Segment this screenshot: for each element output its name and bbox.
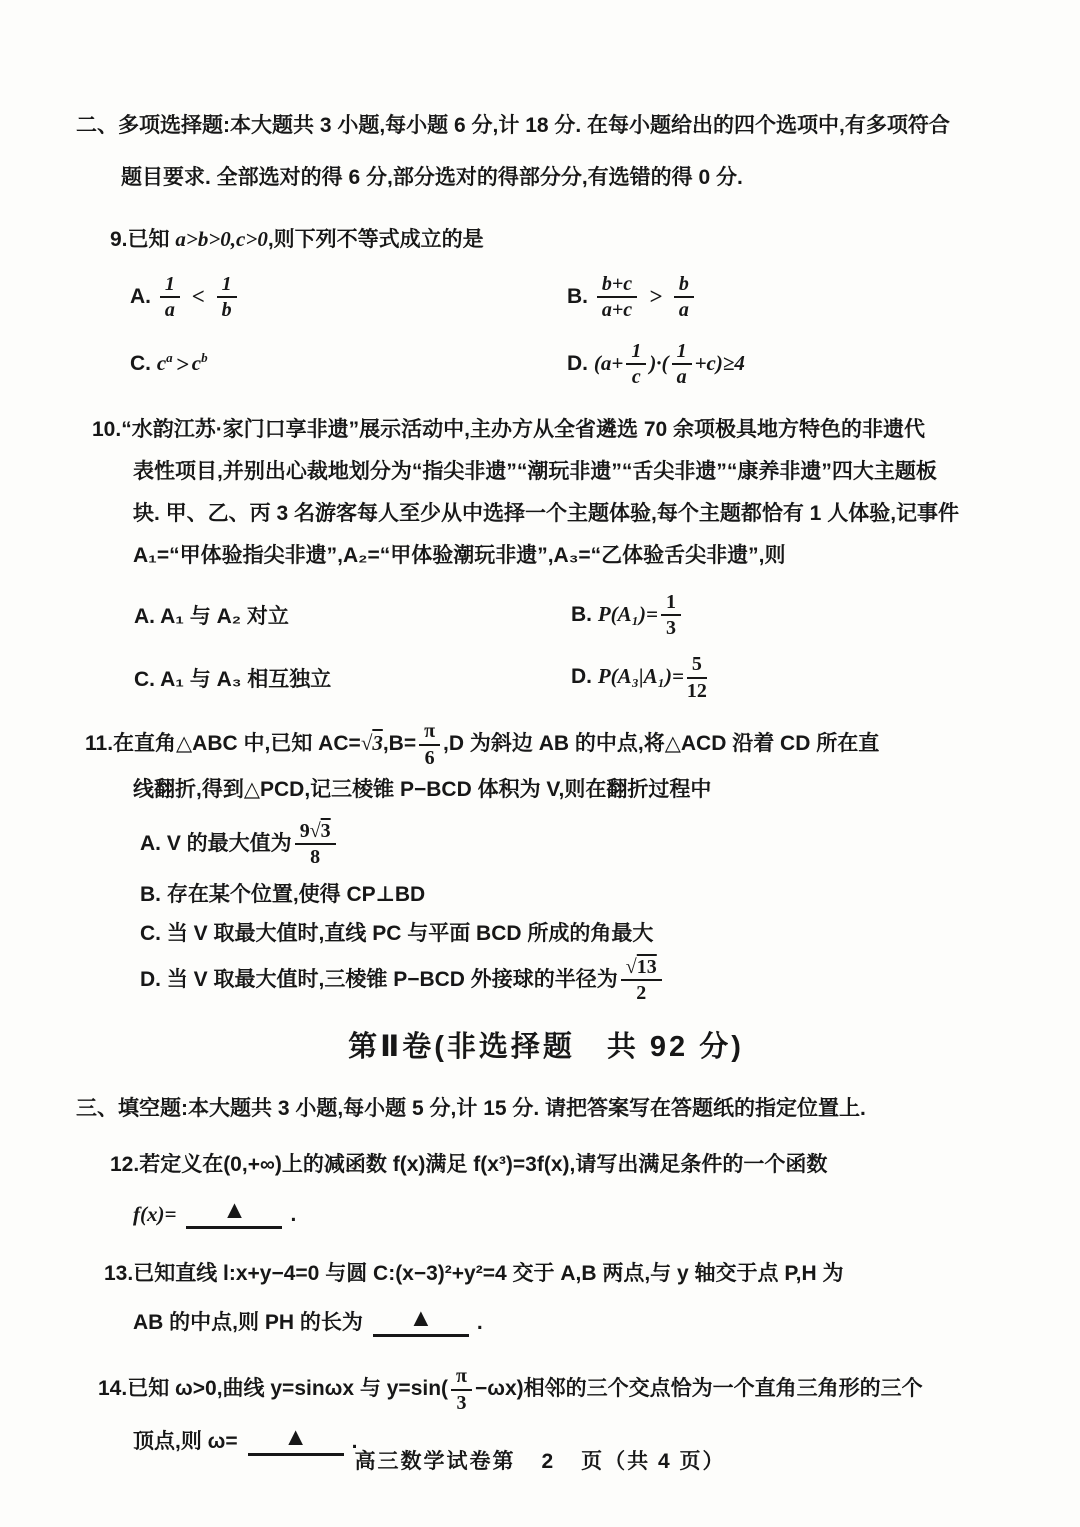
fraction-numerator: b+c <box>597 273 637 298</box>
q13-answer-post: . <box>477 1311 483 1334</box>
page-content: 二、多项选择题:本大题共 3 小题,每小题 6 分,计 18 分. 在每小题给出… <box>0 0 1080 1466</box>
q12-answer-post: . <box>290 1203 296 1226</box>
q10-line-4: A₁=“甲体验指尖非遗”,A₂=“甲体验潮玩非遗”,A₃=“乙体验舌尖非遗”,则 <box>133 535 1016 577</box>
option-label: B. <box>567 285 588 308</box>
q11-option-c: C. 当 V 取最大值时,直线 PC 与平面 BCD 所成的角最大 <box>140 917 1016 947</box>
q9-stem: 9.已知 a>b>0,c>0,则下列不等式成立的是 <box>110 218 1016 261</box>
part-2-title: 第Ⅱ卷(非选择题 共 92 分) <box>76 1024 1016 1070</box>
math-text: +c)≥4 <box>695 351 745 375</box>
option-label: C. <box>130 352 151 375</box>
fraction-numerator: π <box>419 720 440 745</box>
fraction-numerator: 5 <box>687 653 707 678</box>
fraction-denominator: 3 <box>666 616 676 639</box>
q11-option-a: A. V 的最大值为9√38 <box>140 820 1016 869</box>
fraction: 1c <box>626 340 646 389</box>
math-exponent: b <box>201 350 208 365</box>
q10-line-3: 块. 甲、乙、丙 3 名游客每人至少从中选择一个主题体验,每个主题都恰有 1 人… <box>133 493 1016 535</box>
answer-blank: ▲ <box>373 1309 469 1337</box>
section-multi-choice-heading: 二、多项选择题:本大题共 3 小题,每小题 6 分,计 18 分. 在每小题给出… <box>76 100 1016 204</box>
q11-option-b: B. 存在某个位置,使得 CP⊥BD <box>140 878 1016 908</box>
fraction: √132 <box>621 956 662 1005</box>
fraction: 512 <box>687 653 707 702</box>
fraction-numerator: 1 <box>160 273 180 298</box>
fraction-denominator: a <box>165 298 175 321</box>
math-text: P(A₁)= <box>598 602 658 626</box>
math-text: )·( <box>649 351 668 375</box>
option-label: C. <box>134 668 155 691</box>
radicand: 3 <box>321 820 331 842</box>
question-9: 9.已知 a>b>0,c>0,则下列不等式成立的是 A. 1a < 1b B. … <box>76 218 1016 389</box>
fraction-denominator: a+c <box>602 298 632 321</box>
q10-line-1: 10.“水韵江苏·家门口享非遗”展示活动中,主办方从全省遴选 70 余项极具地方… <box>92 409 1016 451</box>
fraction-denominator: 6 <box>425 746 435 769</box>
fraction-denominator: a <box>679 298 689 321</box>
q11-options: A. V 的最大值为9√38 B. 存在某个位置,使得 CP⊥BD C. 当 V… <box>76 820 1016 1005</box>
q12-answer-pre: f(x)= <box>133 1202 176 1226</box>
section-fill-heading: 三、填空题:本大题共 3 小题,每小题 5 分,计 15 分. 请把答案写在答题… <box>76 1088 1016 1130</box>
q10-option-c: C. A₁ 与 A₃ 相互独立 <box>134 663 571 693</box>
option-label: B. <box>571 603 592 626</box>
fraction-denominator: 12 <box>687 679 707 702</box>
fraction-denominator: a <box>677 365 687 388</box>
q13-answer-line: AB 的中点,则 PH 的长为▲. <box>133 1299 1016 1347</box>
coefficient: 9 <box>300 820 310 842</box>
radicand: 3 <box>372 731 383 755</box>
fraction: π3 <box>451 1365 472 1414</box>
fraction: ba <box>674 273 694 322</box>
heading-line-1: 二、多项选择题:本大题共 3 小题,每小题 6 分,计 18 分. 在每小题给出… <box>76 100 1016 152</box>
q13-answer-pre: AB 的中点,则 PH 的长为 <box>133 1311 363 1334</box>
math-text: P(A₃|A₁)= <box>598 664 684 688</box>
q14-text: −ωx)相邻的三个交点恰为一个直角三角形的三个 <box>475 1377 923 1400</box>
footer-title: 高三数学试卷第 <box>354 1450 515 1473</box>
radicand: 13 <box>637 956 657 978</box>
fraction-numerator: 9√3 <box>295 820 336 845</box>
page-number: 2 <box>541 1450 555 1473</box>
fraction-denominator: 3 <box>457 1391 467 1414</box>
fraction-denominator: b <box>222 298 232 321</box>
answer-blank: ▲ <box>186 1201 282 1229</box>
fraction: 13 <box>661 591 681 640</box>
radical-sign: √ <box>626 956 637 978</box>
fraction-numerator: 1 <box>661 591 681 616</box>
option-label: D. <box>571 665 592 688</box>
q11-text: ,B= <box>383 732 416 755</box>
fraction: 9√38 <box>295 820 336 869</box>
question-13: 13.已知直线 l:x+y−4=0 与圆 C:(x−3)²+y²=4 交于 A,… <box>76 1253 1016 1347</box>
option-label: A. <box>134 605 155 628</box>
q13-line-1: 13.已知直线 l:x+y−4=0 与圆 C:(x−3)²+y²=4 交于 A,… <box>104 1253 1016 1295</box>
fraction-denominator: 8 <box>310 845 320 868</box>
option-label: A. <box>130 285 151 308</box>
page-footer: 高三数学试卷第2页（共 4 页） <box>0 1445 1080 1475</box>
math-exponent: a <box>166 350 173 365</box>
q14-line-1: 14.已知 ω>0,曲线 y=sinωx 与 y=sin(π3−ωx)相邻的三个… <box>98 1365 1016 1414</box>
fraction-denominator: 2 <box>636 981 646 1004</box>
q11-line-2: 线翻折,得到△PCD,记三棱锥 P−BCD 体积为 V,则在翻折过程中 <box>133 769 1016 811</box>
question-10: 10.“水韵江苏·家门口享非遗”展示活动中,主办方从全省遴选 70 余项极具地方… <box>76 409 1016 703</box>
relation-symbol: < <box>192 284 205 309</box>
answer-triangle-icon: ▲ <box>222 1198 247 1223</box>
q11-option-d: D. 当 V 取最大值时,三棱锥 P−BCD 外接球的半径为√132 <box>140 956 1016 1005</box>
option-text: A₁ 与 A₃ 相互独立 <box>160 668 331 691</box>
option-text: 当 V 取最大值时,三棱锥 P−BCD 外接球的半径为 <box>167 968 618 991</box>
fraction-numerator: b <box>674 273 694 298</box>
q11-line-1: 11.在直角△ABC 中,已知 AC=√3,B=π6,D 为斜边 AB 的中点,… <box>85 720 1016 769</box>
q9-option-a: A. 1a < 1b <box>130 273 567 322</box>
q9-option-b: B. b+ca+c > ba <box>567 273 1016 322</box>
footer-suffix: 页（共 4 页） <box>581 1450 725 1473</box>
heading-line-2: 题目要求. 全部选对的得 6 分,部分选对的得部分分,有选错的得 0 分. <box>121 152 1016 204</box>
q10-options: A. A₁ 与 A₂ 对立 B. P(A₁)=13 C. A₁ 与 A₃ 相互独… <box>134 591 1016 703</box>
q9-option-c: C. ca>cb <box>130 350 567 377</box>
q10-option-d: D. P(A₃|A₁)=512 <box>571 653 1016 702</box>
q11-text: ,D 为斜边 AB 的中点,将△ACD 沿着 CD 所在直 <box>443 732 879 755</box>
fraction-numerator: 1 <box>626 340 646 365</box>
relation-symbol: > <box>649 284 662 309</box>
radical-sign: √ <box>310 820 321 842</box>
option-label: C. <box>140 922 161 945</box>
option-label: D. <box>140 968 161 991</box>
fraction: π6 <box>419 720 440 769</box>
math-base: c <box>192 351 201 375</box>
question-12: 12.若定义在(0,+∞)上的减函数 f(x)满足 f(x³)=3f(x),请写… <box>76 1144 1016 1239</box>
q12-line-1: 12.若定义在(0,+∞)上的减函数 f(x)满足 f(x³)=3f(x),请写… <box>110 1144 1016 1186</box>
option-label: A. <box>140 832 161 855</box>
q9-stem-text-2: ,则下列不等式成立的是 <box>268 228 484 251</box>
q10-option-a: A. A₁ 与 A₂ 对立 <box>134 600 571 630</box>
math-base: c <box>157 351 166 375</box>
q9-option-d: D. (a+1c)·(1a+c)≥4 <box>567 340 1016 389</box>
fraction-numerator: √13 <box>621 956 662 981</box>
radical-sign: √ <box>361 731 373 755</box>
option-text: A₁ 与 A₂ 对立 <box>160 605 289 628</box>
q11-text: 11.在直角△ABC 中,已知 AC= <box>85 732 361 755</box>
q9-stem-text: 9.已知 <box>110 228 175 251</box>
option-text: V 的最大值为 <box>167 832 292 855</box>
fraction: 1a <box>672 340 692 389</box>
option-label: D. <box>567 352 588 375</box>
fraction-numerator: 1 <box>672 340 692 365</box>
fraction-denominator: c <box>632 365 641 388</box>
q12-answer-line: f(x)=▲. <box>133 1190 1016 1239</box>
q10-option-b: B. P(A₁)=13 <box>571 591 1016 640</box>
option-label: B. <box>140 883 161 906</box>
q9-stem-math: a>b>0,c>0 <box>175 227 267 251</box>
math-text: (a+ <box>594 351 623 375</box>
q10-line-2: 表性项目,并别出心裁地划分为“指尖非遗”“潮玩非遗”“舌尖非遗”“康养非遗”四大… <box>133 451 1016 493</box>
answer-triangle-icon: ▲ <box>408 1306 433 1331</box>
relation-symbol: > <box>176 352 189 377</box>
q14-text: 14.已知 ω>0,曲线 y=sinωx 与 y=sin( <box>98 1377 448 1400</box>
sqrt-expression: √3 <box>361 731 383 755</box>
option-text: 存在某个位置,使得 CP⊥BD <box>167 883 425 906</box>
exam-paper-page: 二、多项选择题:本大题共 3 小题,每小题 6 分,计 18 分. 在每小题给出… <box>0 0 1080 1527</box>
q9-options: A. 1a < 1b B. b+ca+c > ba C. ca>cb D. <box>130 273 1016 389</box>
question-11: 11.在直角△ABC 中,已知 AC=√3,B=π6,D 为斜边 AB 的中点,… <box>76 720 1016 1004</box>
option-text: 当 V 取最大值时,直线 PC 与平面 BCD 所成的角最大 <box>167 922 654 945</box>
fraction-numerator: 1 <box>217 273 237 298</box>
fraction: b+ca+c <box>597 273 637 322</box>
fraction-numerator: π <box>451 1365 472 1390</box>
fraction: 1b <box>217 273 237 322</box>
fraction: 1a <box>160 273 180 322</box>
